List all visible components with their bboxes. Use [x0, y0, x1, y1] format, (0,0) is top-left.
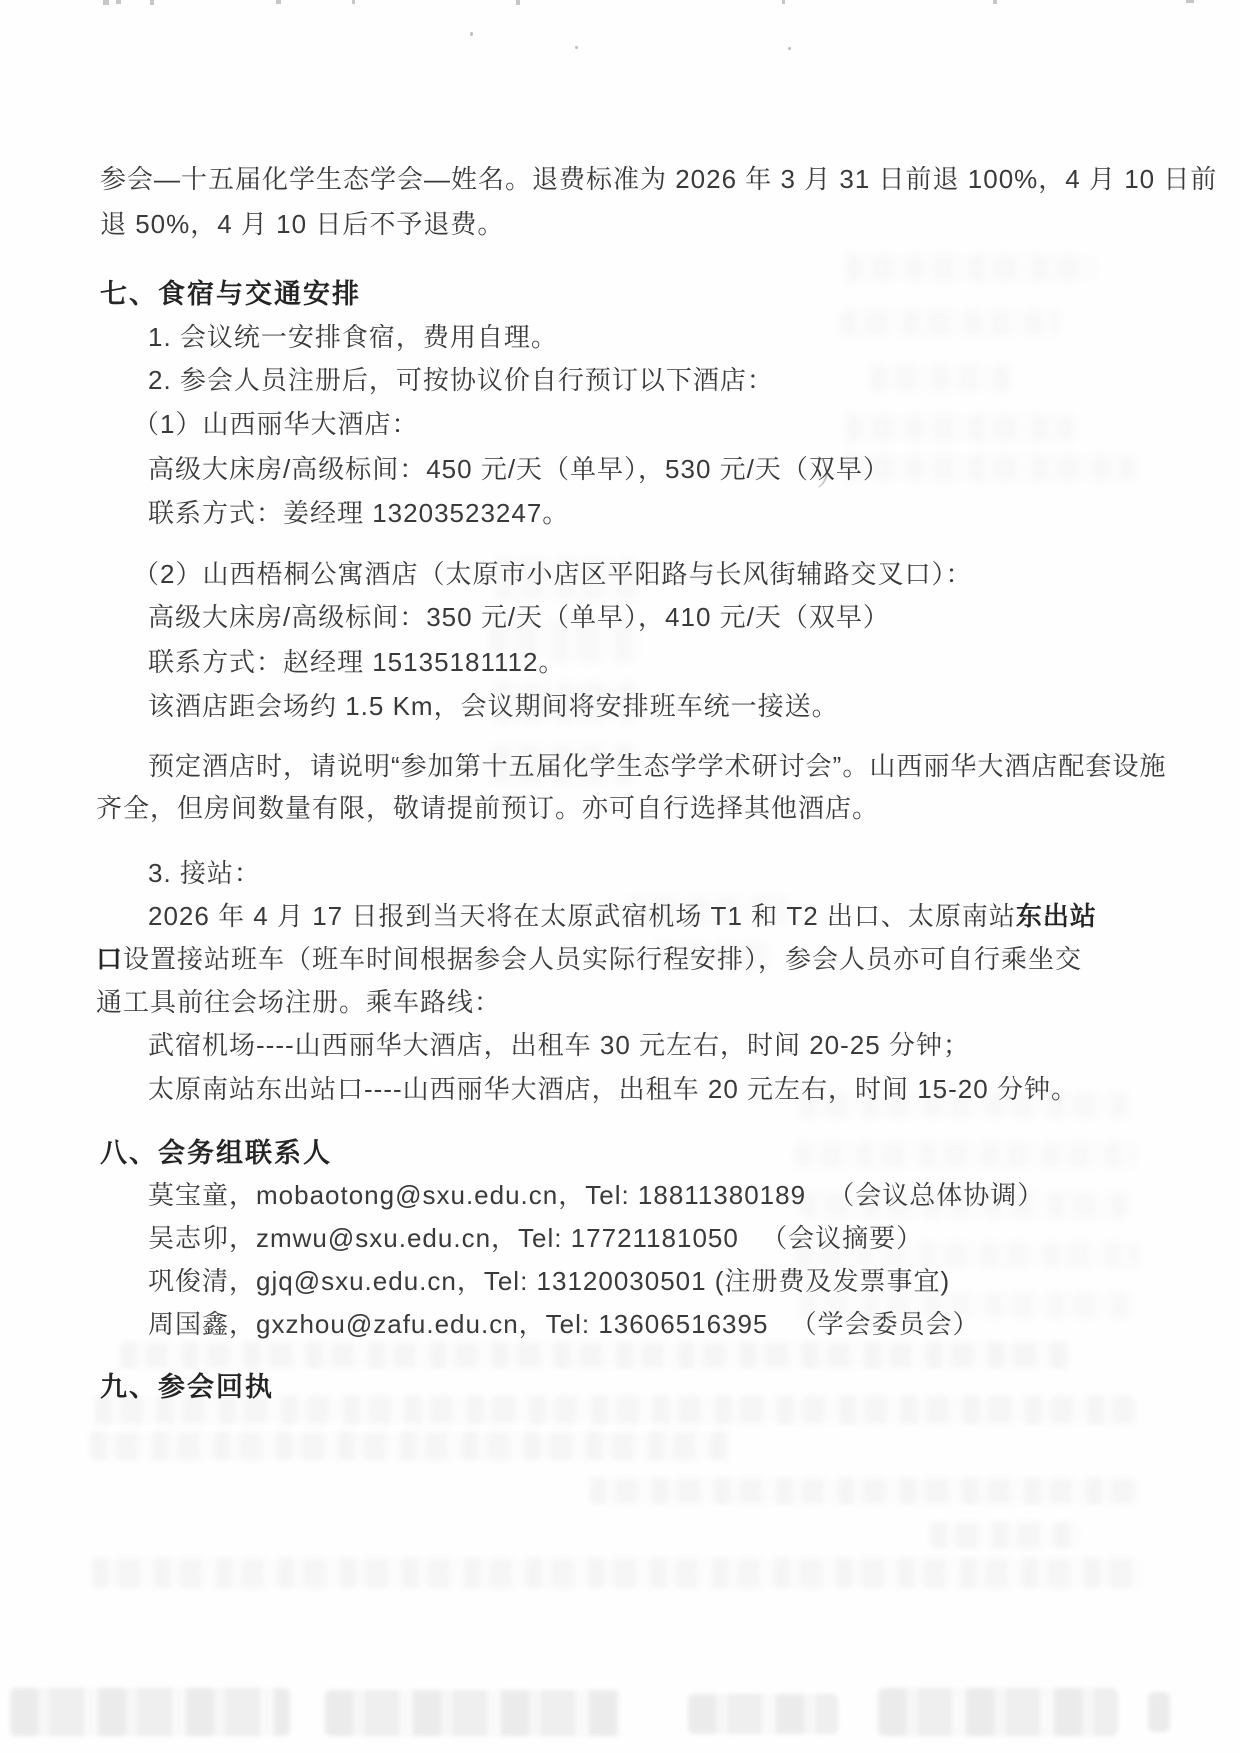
bleed-through-row: [845, 255, 1095, 281]
scan-tick: [993, 0, 997, 4]
contact-row: 巩俊清，gjq@sxu.edu.cn，Tel: 13120030501 (注册费…: [148, 1264, 950, 1298]
route-1: 武宿机场----山西丽华大酒店，出租车 30 元左右，时间 20-25 分钟；: [148, 1028, 970, 1062]
bleed-through-row: [90, 1432, 730, 1460]
hotel-1-price: 高级大床房/高级标间：450 元/天（单早），530 元/天（双早）: [148, 452, 890, 486]
bleed-through-blotch: [1148, 1692, 1170, 1732]
route-2: 太原南站东出站口----山西丽华大酒店，出租车 20 元左右，时间 15-20 …: [148, 1072, 1078, 1106]
hotel-1-name: （1）山西丽华大酒店：: [133, 407, 418, 441]
section-7-heading: 七、食宿与交通安排: [100, 277, 361, 311]
scan-speck: [470, 32, 473, 36]
scan-tick: [103, 0, 109, 5]
section-7-item-2: 2. 参会人员注册后，可按协议价自行预订以下酒店：: [148, 363, 774, 397]
section-7-item-3: 3. 接站：: [148, 856, 261, 890]
scan-tick: [276, 0, 281, 4]
bleed-through-blotch: [325, 1690, 620, 1736]
bleed-through-row: [120, 1342, 1070, 1368]
scan-speck: [575, 46, 578, 49]
pickup-line-2: 口设置接站班车（班车时间根据参会人员实际行程安排），参会人员亦可自行乘坐交: [96, 942, 1082, 976]
pickup-line-1: 2026 年 4 月 17 日报到当天将在太原武宿机场 T1 和 T2 出口、太…: [148, 899, 1097, 933]
scan-speck: [788, 47, 791, 50]
hotel-1-contact: 联系方式：姜经理 13203523247。: [148, 496, 569, 530]
scan-tick: [116, 0, 121, 4]
bleed-through-blotch: [688, 1694, 838, 1734]
section-8-heading: 八、会务组联系人: [100, 1136, 332, 1170]
bleed-through-row: [840, 310, 1060, 336]
pickup-line-2-bold: 口: [96, 944, 123, 974]
pickup-line-2-text: 设置接站班车（班车时间根据参会人员实际行程安排），参会人员亦可自行乘坐交: [123, 944, 1082, 974]
bleed-through-row: [845, 415, 1075, 441]
section-9-heading: 九、参会回执: [100, 1370, 274, 1404]
hotel-2-contact: 联系方式：赵经理 15135181112。: [148, 645, 565, 679]
scan-tick: [1186, 0, 1194, 3]
booking-note-line-1: 预定酒店时，请说明“参加第十五届化学生态学学术研讨会”。山西丽华大酒店配套设施: [148, 749, 1166, 783]
bleed-through-row: [930, 1522, 1080, 1548]
bleed-through-row: [92, 1558, 1142, 1588]
bleed-through-row: [590, 1478, 1140, 1504]
hotel-2-name: （2）山西梧桐公寓酒店（太原市小店区平阳路与长风街辅路交叉口）：: [133, 557, 972, 591]
bleed-through-blotch: [878, 1688, 1118, 1736]
pickup-line-3: 通工具前往会场注册。乘车路线：: [96, 985, 501, 1019]
contact-row: 周国鑫，gxzhou@zafu.edu.cn，Tel: 13606516395 …: [148, 1307, 980, 1341]
intro-line-1: 参会—十五届化学生态学会—姓名。退费标准为 2026 年 3 月 31 日前退 …: [100, 162, 1217, 196]
pickup-line-1-bold: 东出站: [1016, 901, 1097, 931]
contact-row: 莫宝童，mobaotong@sxu.edu.cn，Tel: 1881138018…: [148, 1178, 1044, 1212]
bleed-through-row: [795, 1142, 1135, 1168]
booking-note-line-2: 齐全，但房间数量有限，敬请提前预订。亦可自行选择其他酒店。: [96, 791, 879, 825]
contact-row: 吴志卯，zmwu@sxu.edu.cn，Tel: 17721181050 （会议…: [148, 1221, 923, 1255]
section-7-item-1: 1. 会议统一安排食宿，费用自理。: [148, 320, 558, 354]
scan-tick: [150, 0, 154, 5]
hotel-2-price: 高级大床房/高级标间：350 元/天（单早），410 元/天（双早）: [148, 600, 890, 634]
scan-tick: [516, 0, 520, 5]
intro-line-2: 退 50%，4 月 10 日后不予退费。: [100, 207, 504, 241]
hotel-2-shuttle: 该酒店距会场约 1.5 Km，会议期间将安排班车统一接送。: [148, 689, 839, 723]
scan-tick: [782, 0, 785, 4]
bleed-through-blotch: [10, 1688, 290, 1736]
scanned-document-page: ） 参会—十五届化学生态学会—姓名。退费标准为 2026 年 3 月 31 日前…: [0, 0, 1240, 1753]
pickup-line-1-text: 2026 年 4 月 17 日报到当天将在太原武宿机场 T1 和 T2 出口、太…: [148, 901, 1016, 931]
scan-tick: [352, 0, 355, 4]
bleed-through-row: [870, 365, 1010, 391]
